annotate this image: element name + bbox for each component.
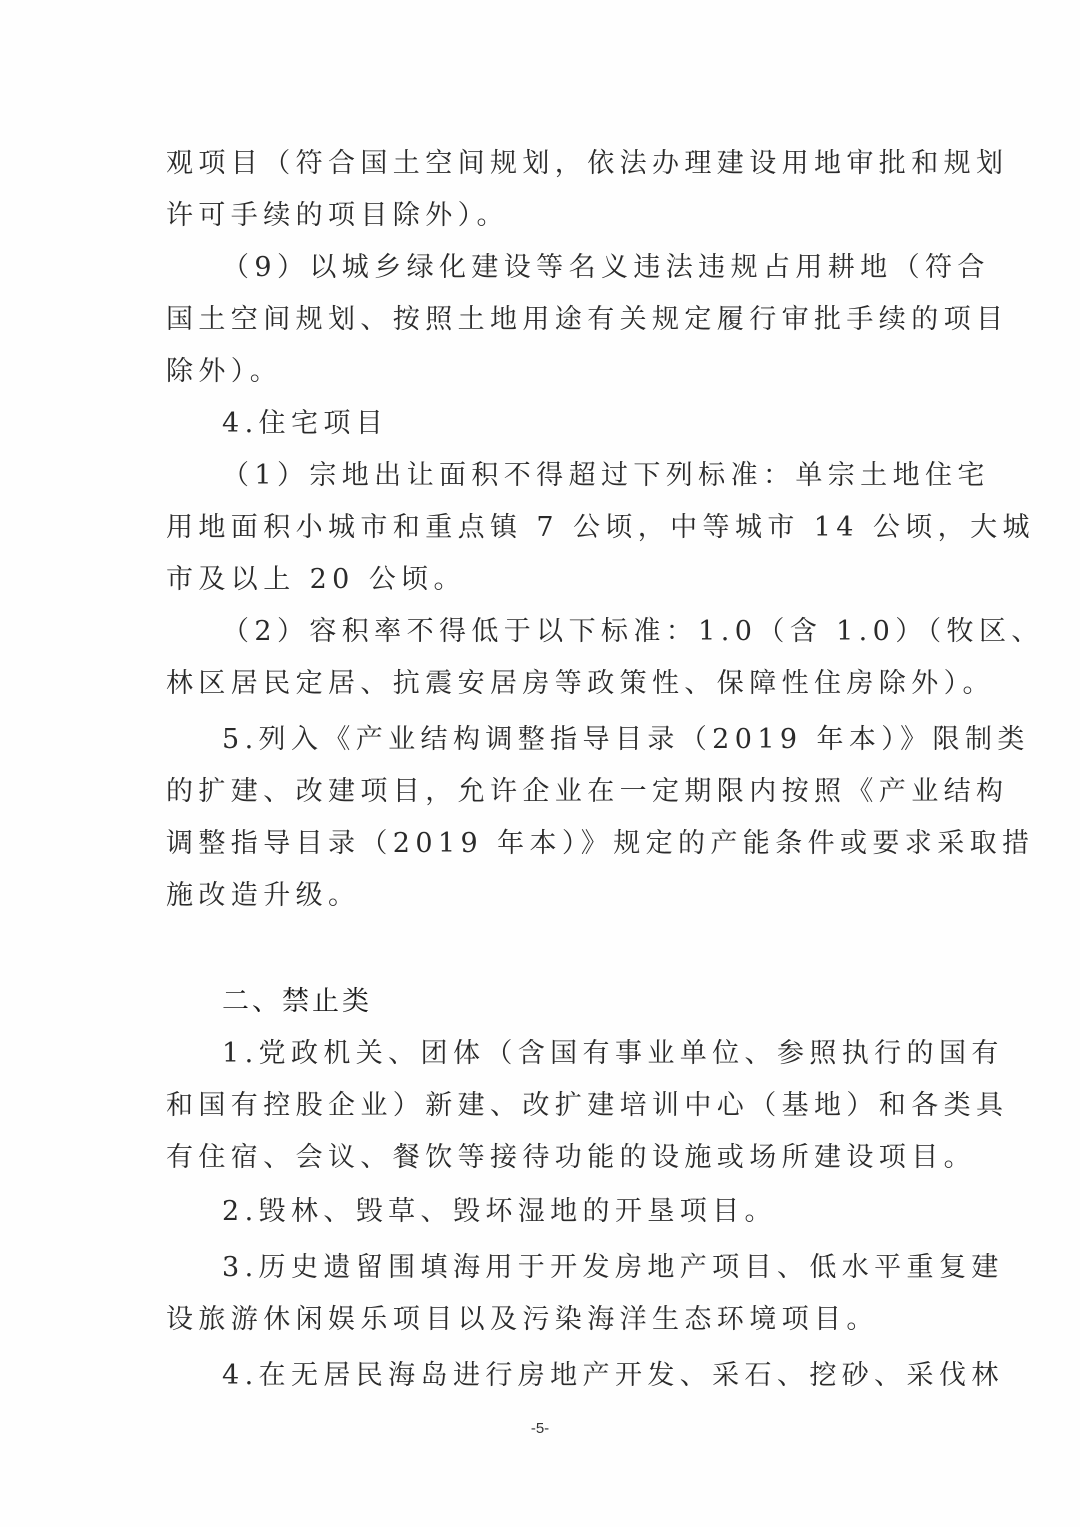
text-line: 4.住宅项目 — [222, 406, 972, 442]
text-line: 设旅游休闲娱乐项目以及污染海洋生态环境项目。 — [166, 1302, 916, 1338]
page-number: -5- — [0, 1420, 1080, 1437]
text-line: 林区居民定居、抗震安居房等政策性、保障性住房除外）。 — [166, 666, 916, 702]
text-line: 4.在无居民海岛进行房地产开发、采石、挖砂、采伐林 — [222, 1358, 972, 1394]
text-line: 许可手续的项目除外）。 — [166, 198, 916, 234]
section-heading: 二、禁止类 — [222, 984, 972, 1020]
text-line: 2.毁林、毁草、毁坏湿地的开垦项目。 — [222, 1194, 972, 1230]
text-line: 除外）。 — [166, 354, 916, 390]
text-line: 国土空间规划、按照土地用途有关规定履行审批手续的项目 — [166, 302, 916, 338]
text-line: 调整指导目录（2019 年本）》规定的产能条件或要求采取措 — [166, 826, 916, 862]
text-line: （9）以城乡绿化建设等名义违法违规占用耕地（符合 — [222, 250, 972, 286]
text-line: （1）宗地出让面积不得超过下列标准：单宗土地住宅 — [222, 458, 972, 494]
text-line: 的扩建、改建项目，允许企业在一定期限内按照《产业结构 — [166, 774, 916, 810]
text-line: 5.列入《产业结构调整指导目录（2019 年本）》限制类 — [222, 722, 972, 758]
text-line: 和国有控股企业）新建、改扩建培训中心（基地）和各类具 — [166, 1088, 916, 1124]
text-line: （2）容积率不得低于以下标准：1.0（含 1.0）（牧区、 — [222, 614, 972, 650]
text-line: 3.历史遗留围填海用于开发房地产项目、低水平重复建 — [222, 1250, 972, 1286]
text-line: 有住宿、会议、餐饮等接待功能的设施或场所建设项目。 — [166, 1140, 916, 1176]
text-line: 观项目（符合国土空间规划，依法办理建设用地审批和规划 — [166, 146, 916, 182]
text-line: 用地面积小城市和重点镇 7 公顷，中等城市 14 公顷，大城 — [166, 510, 916, 546]
text-line: 市及以上 20 公顷。 — [166, 562, 916, 598]
text-line: 1.党政机关、团体（含国有事业单位、参照执行的国有 — [222, 1036, 972, 1072]
text-line: 施改造升级。 — [166, 878, 916, 914]
document-page: 观项目（符合国土空间规划，依法办理建设用地审批和规划许可手续的项目除外）。（9）… — [0, 0, 1080, 1527]
